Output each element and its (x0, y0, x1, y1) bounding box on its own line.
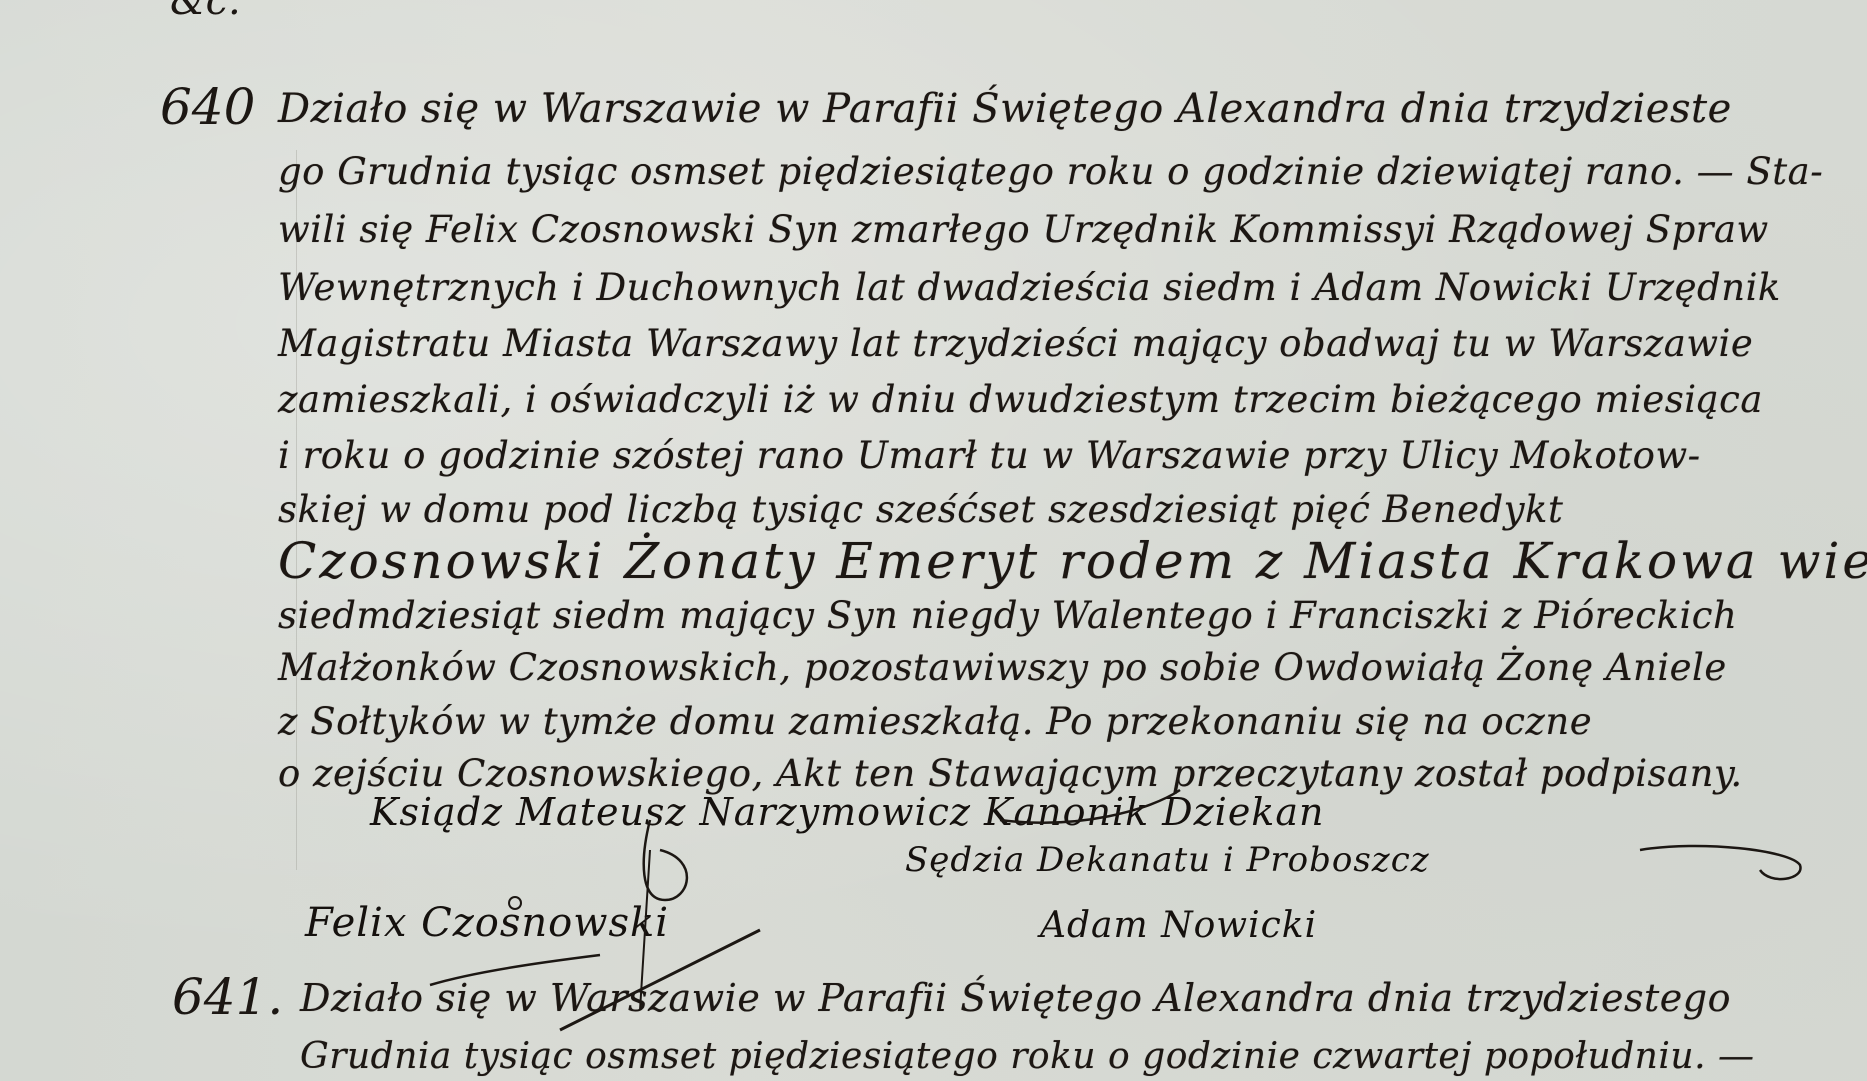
record-line: i roku o godzinie szóstej rano Umarł tu … (278, 434, 1701, 477)
record-line: Małżonków Czosnowskich, pozostawiwszy po… (278, 646, 1727, 689)
entry-number: 641. (172, 968, 283, 1026)
record-line: Działo się w Warszawie w Parafii Święteg… (300, 976, 1731, 1020)
record-line: siedmdziesiąt siedm mający Syn niegdy Wa… (278, 594, 1737, 637)
record-line: Grudnia tysiąc osmset piędziesiątego rok… (300, 1036, 1754, 1077)
record-line: zamieszkali, i oświadczyli iż w dniu dwu… (278, 378, 1763, 421)
record-line: Działo się w Warszawie w Parafii Święteg… (278, 86, 1732, 132)
record-line: go Grudnia tysiąc osmset piędziesiątego … (278, 150, 1823, 193)
record-line: z Sołtyków w tymże domu zamieszkałą. Po … (278, 700, 1592, 743)
signature-priest-title: Sędzia Dekanatu i Proboszcz (905, 840, 1430, 880)
signature-witness-2: Adam Nowicki (1040, 905, 1317, 946)
signature-witness-1: Felix Czosnowski (305, 900, 669, 946)
record-line: Wewnętrznych i Duchownych lat dwadzieści… (278, 266, 1781, 309)
record-line: Magistratu Miasta Warszawy lat trzydzieś… (278, 322, 1753, 365)
entry-number: 640 (160, 78, 255, 136)
record-line: wili się Felix Czosnowski Syn zmarłego U… (278, 208, 1769, 251)
top-fragment-text: &c. (170, 0, 241, 24)
record-line: o zejściu Czosnowskiego, Akt ten Stawają… (278, 752, 1743, 795)
record-line: skiej w domu pod liczbą tysiąc sześćset … (278, 488, 1563, 531)
record-line-deceased-name: Czosnowski Żonaty Emeryt rodem z Miasta … (278, 532, 1867, 590)
signature-priest: Ksiądz Mateusz Narzymowicz Kanonik Dziek… (370, 790, 1324, 834)
document-page: &c. 640 Działo się w Warszawie w Parafii… (0, 0, 1867, 1081)
